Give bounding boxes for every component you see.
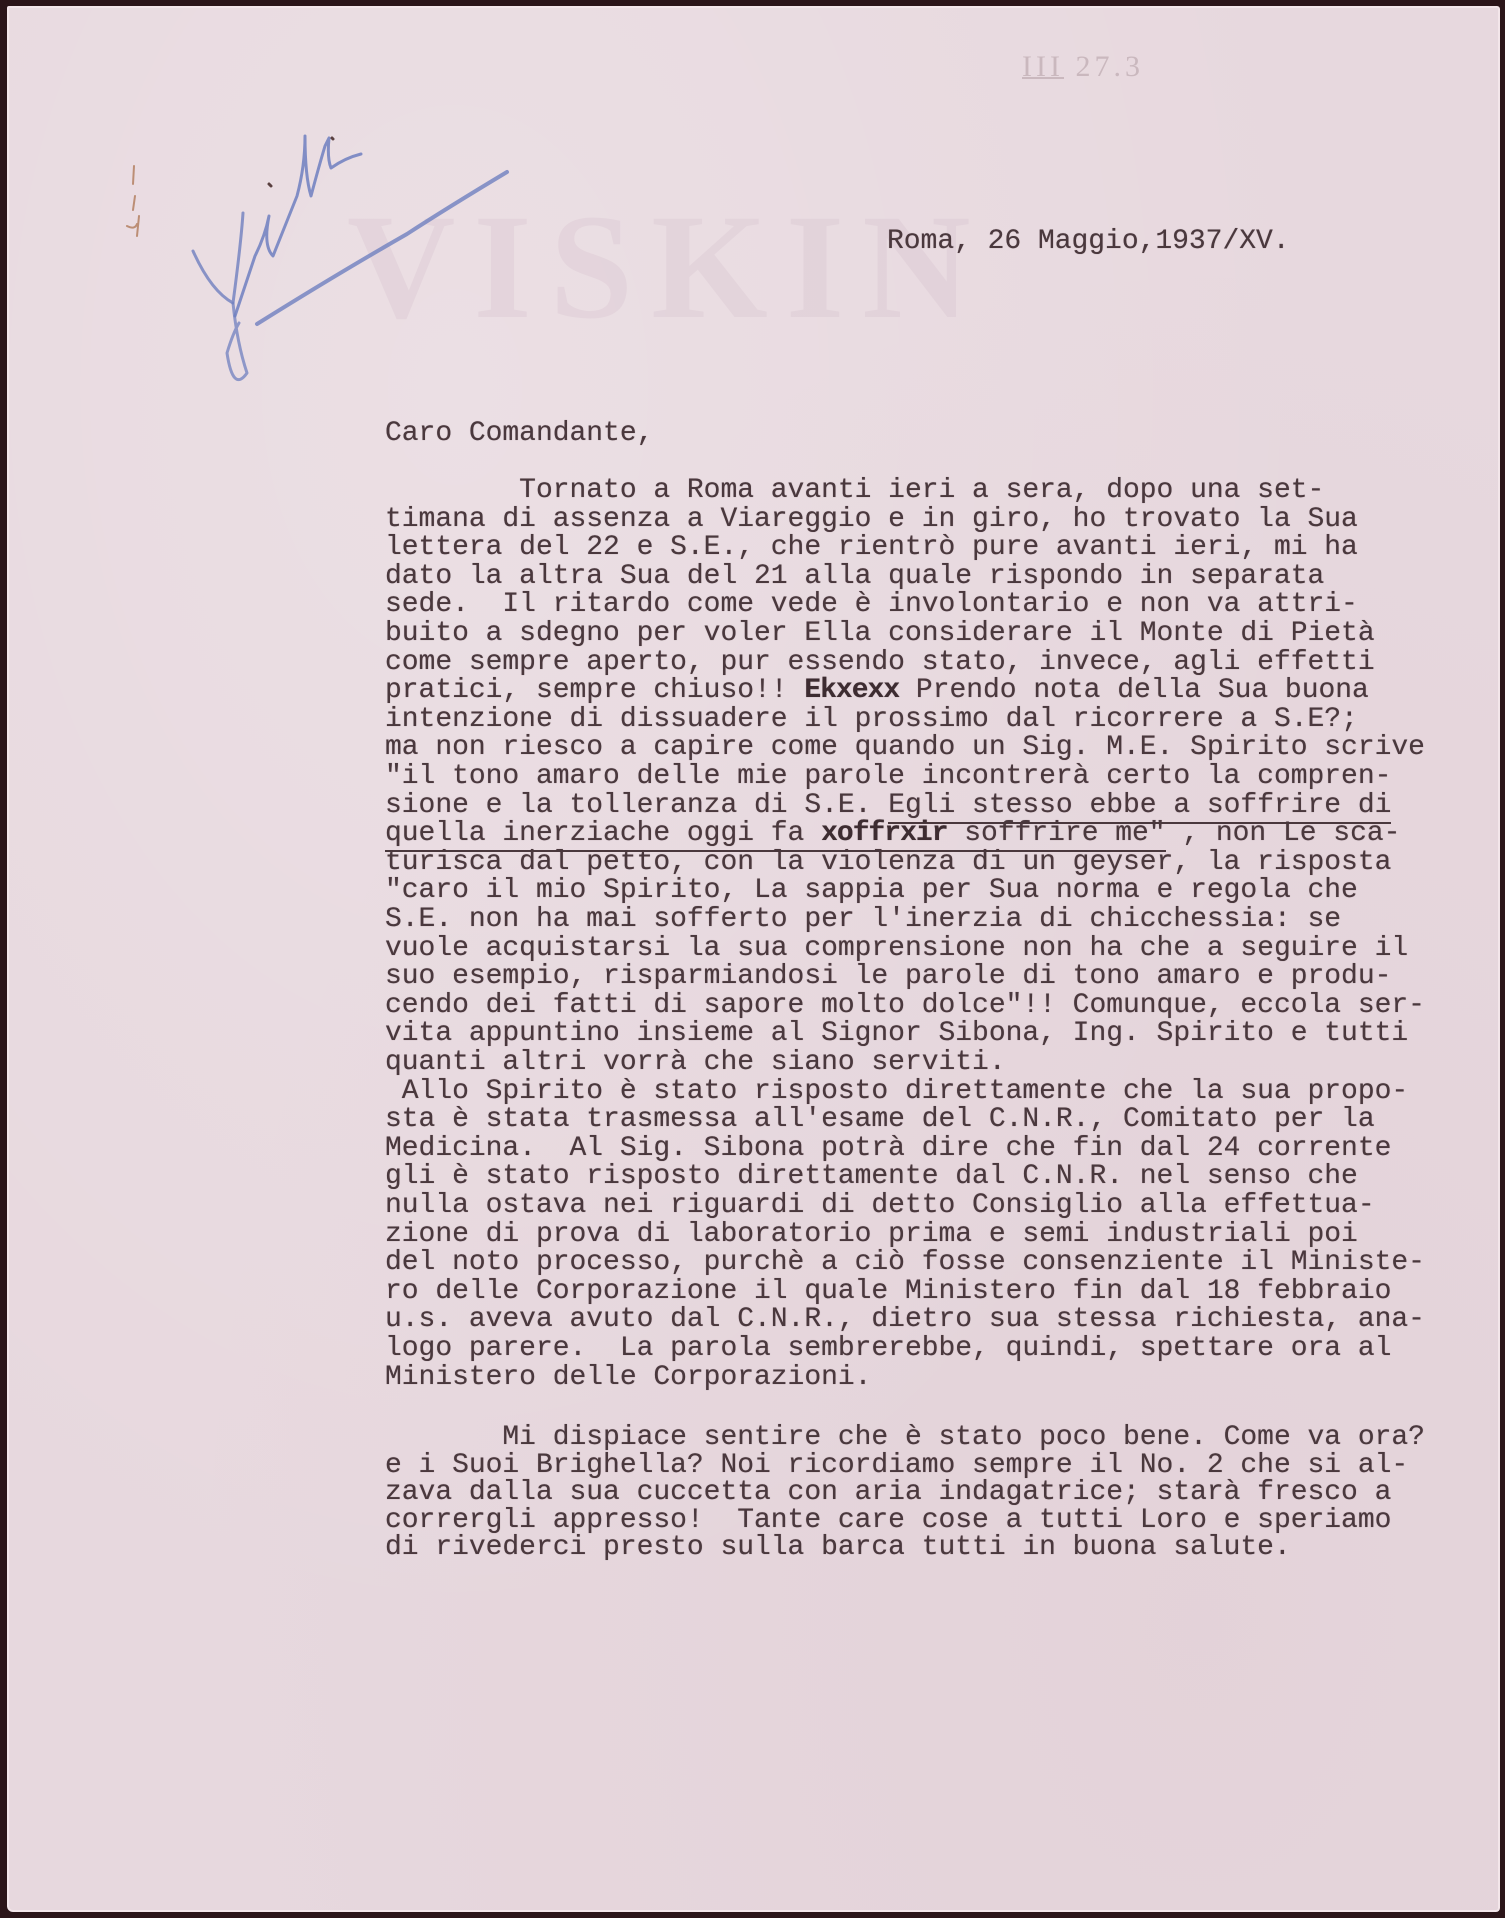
text-line: u.s. aveva avuto dal C.N.R., dietro sua … [385, 1306, 1425, 1335]
text-line: sta è stata trasmessa all'esame del C.N.… [385, 1106, 1375, 1135]
text-line: Allo Spirito è stato risposto direttamen… [385, 1078, 1408, 1107]
text-line: logo parere. La parola sembrerebbe, quin… [385, 1335, 1391, 1364]
archive-mark: III 27.3 [1022, 50, 1144, 84]
text-line: gli è stato risposto direttamente dal C.… [385, 1163, 1358, 1192]
text-line: dato la altra Sua del 21 alla quale risp… [385, 563, 1324, 592]
text-line: vuole acquistarsi la sua comprensione no… [385, 935, 1408, 964]
text-line: "caro il mio Spirito, La sappia per Sua … [385, 877, 1358, 906]
text-line: turisca dal petto, con la violenza di un… [385, 849, 1391, 878]
text-line: Mi dispiace sentire che è stato poco ben… [385, 1424, 1425, 1453]
text-line: e i Suoi Brighella? Noi ricordiamo sempr… [385, 1452, 1408, 1481]
handwritten-signature-icon [117, 66, 517, 386]
text-line: vita appuntino insieme al Signor Sibona,… [385, 1020, 1408, 1049]
text-line: quanti altri vorrà che siano serviti. [385, 1049, 1006, 1078]
text-fragment: sione e la tolleranza di S.E. [385, 790, 888, 821]
text-line: Tornato a Roma avanti ieri a sera, dopo … [385, 477, 1324, 506]
text-fragment: Prendo nota della Sua buona [899, 675, 1369, 706]
text-line: sione e la tolleranza di S.E. Egli stess… [385, 792, 1391, 821]
text-line: nulla ostava nei riguardi di detto Consi… [385, 1192, 1375, 1221]
text-line: buito a sdegno per voler Ella considerar… [385, 620, 1375, 649]
text-line: come sempre aperto, pur essendo stato, i… [385, 649, 1375, 678]
text-line: corrergli appresso! Tante care cose a tu… [385, 1507, 1391, 1536]
letter-page: VISKIN III 27.3 Roma, 26 Maggio,1937/XV.… [7, 6, 1500, 1912]
archive-mark-roman: III [1022, 50, 1064, 83]
text-fragment: , non Le sca- [1166, 818, 1401, 849]
text-line: ro delle Corporazione il quale Ministero… [385, 1278, 1391, 1307]
text-line: Ministero delle Corporazioni. [385, 1364, 871, 1393]
text-line: Medicina. Al Sig. Sibona potrà dire che … [385, 1135, 1391, 1164]
salutation: Caro Comandante, [385, 420, 653, 449]
text-line: lettera del 22 e S.E., che rientrò pure … [385, 534, 1358, 563]
text-line: di rivederci presto sulla barca tutti in… [385, 1534, 1291, 1563]
letter-date: Roma, 26 Maggio,1937/XV. [887, 228, 1290, 257]
text-line: cendo dei fatti di sapore molto dolce"!!… [385, 992, 1425, 1021]
text-line: del noto processo, purchè a ciò fosse co… [385, 1249, 1425, 1278]
text-line: timana di assenza a Viareggio e in giro,… [385, 506, 1358, 535]
text-line: sede. Il ritardo come vede è involontari… [385, 591, 1358, 620]
paragraph-2: Mi dispiace sentire che è stato poco ben… [385, 1424, 1465, 1574]
paragraph-1: Tornato a Roma avanti ieri a sera, dopo … [385, 477, 1465, 1397]
text-line: quella inerziache oggi fa xoffrxir soffr… [385, 820, 1400, 849]
text-line: pratici, sempre chiuso!! Ekxexx Prendo n… [385, 677, 1369, 706]
text-line: ma non riesco a capire come quando un Si… [385, 734, 1425, 763]
text-fragment: pratici, sempre chiuso!! [385, 675, 804, 706]
archive-mark-number: 27.3 [1064, 50, 1144, 83]
text-line: zava dalla sua cuccetta con aria indagat… [385, 1479, 1391, 1508]
text-line: S.E. non ha mai sofferto per l'inerzia d… [385, 906, 1341, 935]
text-line: "il tono amaro delle mie parole incontre… [385, 763, 1391, 792]
text-line: zione di prova di laboratorio prima e se… [385, 1221, 1358, 1250]
text-line: suo esempio, risparmiandosi le parole di… [385, 963, 1391, 992]
struck-out-word: Ekxexx [804, 675, 899, 706]
text-line: intenzione di dissuadere il prossimo dal… [385, 706, 1358, 735]
